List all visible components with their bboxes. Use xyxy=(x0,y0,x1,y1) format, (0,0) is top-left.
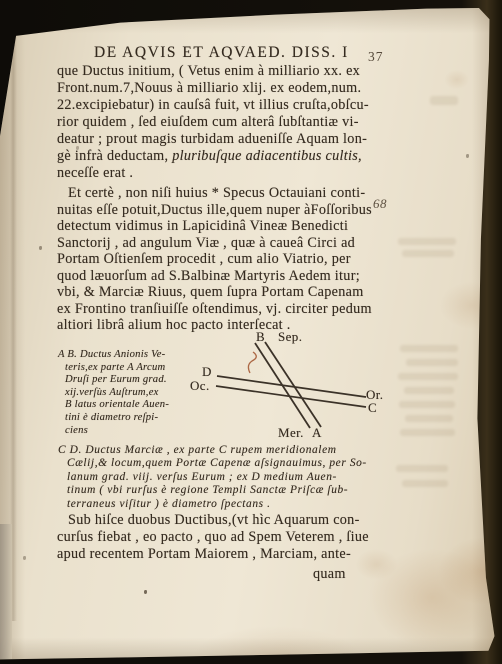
running-header: DE AQVIS ET AQVAED. DISS. I xyxy=(94,44,349,62)
text-line: 22.excipiebatur) in cauſsâ fuit, vt illi… xyxy=(57,97,369,114)
text-line: que Ductus initium, ( Vetus enim à milli… xyxy=(57,63,369,80)
show-through-mark xyxy=(396,465,448,472)
aqueduct-crossing-figure: B Sep. D Oc. Or. C Mer. A xyxy=(180,326,405,448)
text-line: C D. Ductus Marciæ , ex parte C rupem me… xyxy=(58,444,367,457)
page-number: 37 xyxy=(368,49,384,65)
body-paragraph-3: Sub hiſce duobus Ductibus,(vt hìc Aquaru… xyxy=(57,512,369,563)
diagram-label-a: A xyxy=(312,425,322,441)
text-line: A B. Ductus Anionis Ve- xyxy=(58,349,169,362)
text-line: gè infrà deductam, pluribuſque adiacenti… xyxy=(57,148,369,165)
book-page: DE AQVIS ET AQVAED. DISS. I 37 que Ductu… xyxy=(0,0,502,664)
text-line: Cælij,& locum,quem Portæ Capenæ aſsignau… xyxy=(58,457,367,470)
text-line: Portam Oſtienſem procedit , cum alio Via… xyxy=(57,251,372,268)
diagram-label-south: Mer. xyxy=(278,425,304,441)
show-through-mark xyxy=(398,238,456,245)
scanned-book-photo: DE AQVIS ET AQVAED. DISS. I 37 que Ductu… xyxy=(0,0,502,664)
diagram-label-north: Sep. xyxy=(278,329,302,345)
text-line: Et certè , non niſi huius * Specus Octau… xyxy=(57,185,372,202)
text-line: Druſi per Eurum grad. xyxy=(58,374,169,387)
body-paragraph-1: que Ductus initium, ( Vetus enim à milli… xyxy=(57,63,369,182)
catchword: quam xyxy=(313,566,346,583)
text-line: detectum vidimus in Lapicidinâ Vineæ Ben… xyxy=(57,218,372,235)
diagram-label-b: B xyxy=(256,329,265,345)
text-line: quod læuorſum ad S.Balbinæ Martyris Aede… xyxy=(57,268,372,285)
text-line: terraneus viſitur ) è diametro ſpectans … xyxy=(58,498,367,511)
show-through-mark xyxy=(405,415,453,422)
margin-reference-number: 68 xyxy=(373,196,387,212)
text-roman: gè infrà deductam, xyxy=(57,148,172,164)
margin-note-ab: A B. Ductus Anionis Ve- teris,ex parte A… xyxy=(58,349,169,437)
diagram-label-c: C xyxy=(368,400,377,416)
text-line: B latus orientale Auen- xyxy=(58,399,169,412)
show-through-mark xyxy=(400,345,458,352)
body-paragraph-2: Et certè , non niſi huius * Specus Octau… xyxy=(57,185,372,334)
diagram-label-west: Oc. xyxy=(190,378,210,394)
under-page-edge xyxy=(0,524,12,659)
text-line: Front.num.7,Nouus à milliario xlij. ex e… xyxy=(57,80,369,97)
show-through-mark xyxy=(400,429,455,436)
text-line: nuitas eſſe potuit,Ductus ille,quem nupe… xyxy=(57,202,372,219)
show-through-mark xyxy=(406,359,458,366)
show-through-mark xyxy=(402,250,454,257)
ink-speck xyxy=(144,590,147,594)
show-through-mark xyxy=(398,373,458,380)
ink-speck xyxy=(39,246,42,250)
show-through-mark xyxy=(430,96,458,105)
text-line: tini è diametro reſpi- xyxy=(58,412,169,425)
show-through-mark xyxy=(402,480,448,487)
text-line: curſus fiebat , eo pacto , quo ad Spem V… xyxy=(57,529,369,546)
red-ink-mark xyxy=(248,352,256,373)
text-italic: pluribuſque adiacentibus cultis, xyxy=(172,148,362,164)
note-cd: C D. Ductus Marciæ , ex parte C rupem me… xyxy=(58,444,367,511)
text-line: Sanctorij , ad angulum Viæ , quæ à caueâ… xyxy=(57,235,372,252)
text-line: ciens xyxy=(58,425,169,438)
text-line: lanum grad. viij. verſus Eurum ; ex D me… xyxy=(58,471,367,484)
show-through-mark xyxy=(399,401,455,408)
ink-speck xyxy=(23,556,26,560)
text-line: teris,ex parte A Arcum xyxy=(58,362,169,375)
text-line: apud recentem Portam Maiorem , Marciam, … xyxy=(57,546,369,563)
text-line: tinum ( vbi rurſus è regione Templi Sanc… xyxy=(58,484,367,497)
text-line: xij.verſùs Auſtrum,ex xyxy=(58,387,169,400)
text-line: deatur ; prout magis turbidam adueniſſe … xyxy=(57,131,369,148)
text-line: vbi, & Marciæ Riuus, quem ſupra Portam C… xyxy=(57,284,372,301)
show-through-mark xyxy=(404,387,454,394)
ink-speck xyxy=(466,154,469,158)
text-line: neceſſe erat . xyxy=(57,165,369,182)
text-line: Sub hiſce duobus Ductibus,(vt hìc Aquaru… xyxy=(57,512,369,529)
text-line: ex Frontino tranſiuiſſe oſtendimus, vj. … xyxy=(57,301,372,318)
text-line: rior quidem , ſed eiuſdem cum alterâ ſub… xyxy=(57,114,369,131)
